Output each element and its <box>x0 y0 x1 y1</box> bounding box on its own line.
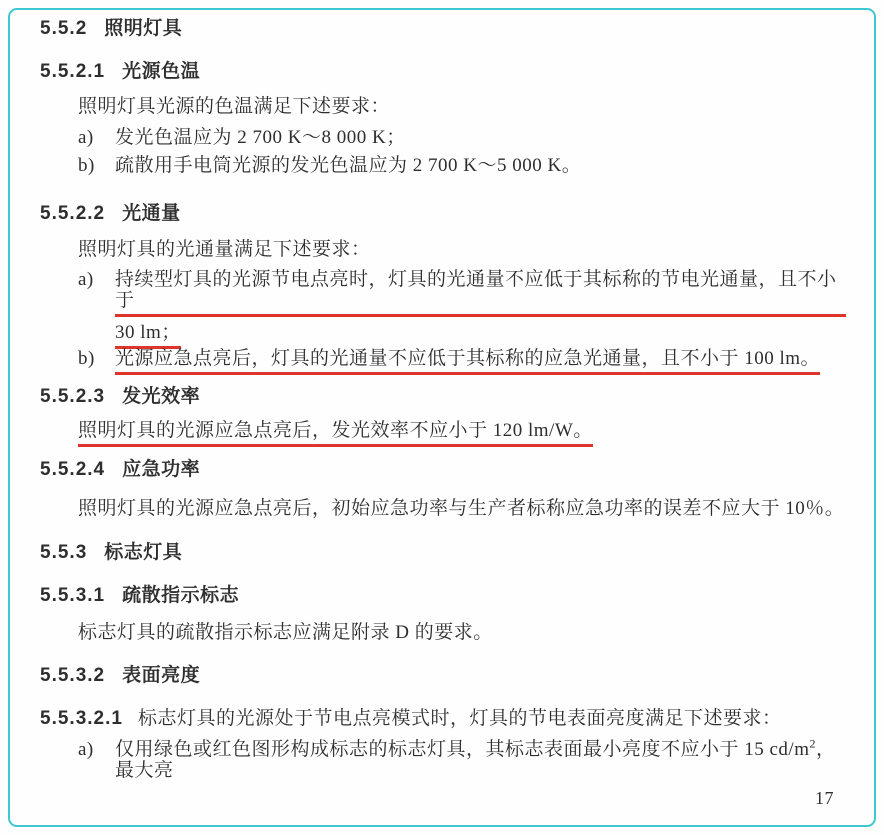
red-underline-annotation: 照明灯具的光源应急点亮后，发光效率不应小于 120 lm/W。 <box>78 420 593 447</box>
heading-title: 表面亮度 <box>122 665 200 686</box>
red-underline-annotation: 持续型灯具的光源节电点亮时，灯具的光通量不应低于其标称的节电光通量，且不小于 <box>115 269 846 317</box>
heading-number: 5.5.3.2 <box>40 665 105 686</box>
section-heading-5-5-2-1: 5.5.2.1光源色温 <box>40 61 846 82</box>
list-item-text: 光源应急点亮后，灯具的光通量不应低于其标称的应急光通量，且不小于 100 lm。 <box>115 348 846 369</box>
heading-number: 5.5.3.1 <box>40 585 105 606</box>
list-item-text: 发光色温应为 2 700 K～8 000 K； <box>115 127 846 148</box>
heading-number: 5.5.2.2 <box>40 203 105 224</box>
page-content: 5.5.2照明灯具 5.5.2.1光源色温 照明灯具光源的色温满足下述要求： a… <box>40 18 846 809</box>
page-number: 17 <box>40 788 846 809</box>
list-item-label: a) <box>78 127 115 148</box>
section-heading-5-5-2-3: 5.5.2.3发光效率 <box>40 386 846 407</box>
red-underline-annotation: 30 lm； <box>115 322 181 349</box>
heading-number: 5.5.2.1 <box>40 61 105 82</box>
list-item-color-temp-b: b) 疏散用手电筒光源的发光色温应为 2 700 K～5 000 K。 <box>40 155 846 176</box>
section-heading-5-5-2: 5.5.2照明灯具 <box>40 18 846 39</box>
heading-title: 光源色温 <box>122 61 200 82</box>
list-item-text: 疏散用手电筒光源的发光色温应为 2 700 K～5 000 K。 <box>115 155 846 176</box>
clause-text: 标志灯具的光源处于节电点亮模式时，灯具的节电表面亮度满足下述要求： <box>138 708 782 729</box>
heading-title: 疏散指示标志 <box>122 585 239 606</box>
paragraph-flux-intro: 照明灯具的光通量满足下述要求： <box>40 239 846 260</box>
heading-title: 发光效率 <box>122 386 200 407</box>
heading-number: 5.5.3 <box>40 542 87 563</box>
paragraph-emergency-power: 照明灯具的光源应急点亮后，初始应急功率与生产者标称应急功率的误差不应大于 10％… <box>40 498 846 519</box>
heading-title: 照明灯具 <box>104 18 182 39</box>
section-heading-5-5-2-4: 5.5.2.4应急功率 <box>40 459 846 480</box>
section-heading-5-5-2-2: 5.5.2.2光通量 <box>40 203 846 224</box>
document-page: 5.5.2照明灯具 5.5.2.1光源色温 照明灯具光源的色温满足下述要求： a… <box>0 0 884 835</box>
section-heading-5-5-3: 5.5.3标志灯具 <box>40 542 846 563</box>
list-item-label: a) <box>78 269 115 343</box>
list-item-flux-b: b) 光源应急点亮后，灯具的光通量不应低于其标称的应急光通量，且不小于 100 … <box>40 348 846 369</box>
list-item-text-pre: 仅用绿色或红色图形构成标志的标志灯具，其标志表面最小亮度不应小于 15 cd/m <box>115 739 810 760</box>
clause-number: 5.5.3.2.1 <box>40 708 123 729</box>
list-item-text: 持续型灯具的光源节电点亮时，灯具的光通量不应低于其标称的节电光通量，且不小于 3… <box>115 269 846 343</box>
paragraph-evacuation-sign: 标志灯具的疏散指示标志应满足附录 D 的要求。 <box>40 622 846 643</box>
list-item-color-temp-a: a) 发光色温应为 2 700 K～8 000 K； <box>40 127 846 148</box>
heading-title: 光通量 <box>122 203 181 224</box>
list-item-flux-a: a) 持续型灯具的光源节电点亮时，灯具的光通量不应低于其标称的节电光通量，且不小… <box>40 269 846 343</box>
paragraph-efficacy: 照明灯具的光源应急点亮后，发光效率不应小于 120 lm/W。 <box>40 420 846 441</box>
heading-title: 标志灯具 <box>104 542 182 563</box>
heading-title: 应急功率 <box>122 459 200 480</box>
paragraph-5-5-3-2-1: 5.5.3.2.1标志灯具的光源处于节电点亮模式时，灯具的节电表面亮度满足下述要… <box>40 708 846 729</box>
list-item-luminance-a: a) 仅用绿色或红色图形构成标志的标志灯具，其标志表面最小亮度不应小于 15 c… <box>40 739 846 781</box>
red-underline-annotation: 光源应急点亮后，灯具的光通量不应低于其标称的应急光通量，且不小于 100 lm。 <box>115 348 820 375</box>
list-item-label: a) <box>78 739 115 781</box>
section-heading-5-5-3-1: 5.5.3.1疏散指示标志 <box>40 585 846 606</box>
heading-number: 5.5.2.3 <box>40 386 105 407</box>
list-item-label: b) <box>78 348 115 369</box>
list-item-label: b) <box>78 155 115 176</box>
heading-number: 5.5.2 <box>40 18 87 39</box>
heading-number: 5.5.2.4 <box>40 459 105 480</box>
paragraph-color-temp-intro: 照明灯具光源的色温满足下述要求： <box>40 96 846 117</box>
section-heading-5-5-3-2: 5.5.3.2表面亮度 <box>40 665 846 686</box>
list-item-text: 仅用绿色或红色图形构成标志的标志灯具，其标志表面最小亮度不应小于 15 cd/m… <box>115 739 846 781</box>
